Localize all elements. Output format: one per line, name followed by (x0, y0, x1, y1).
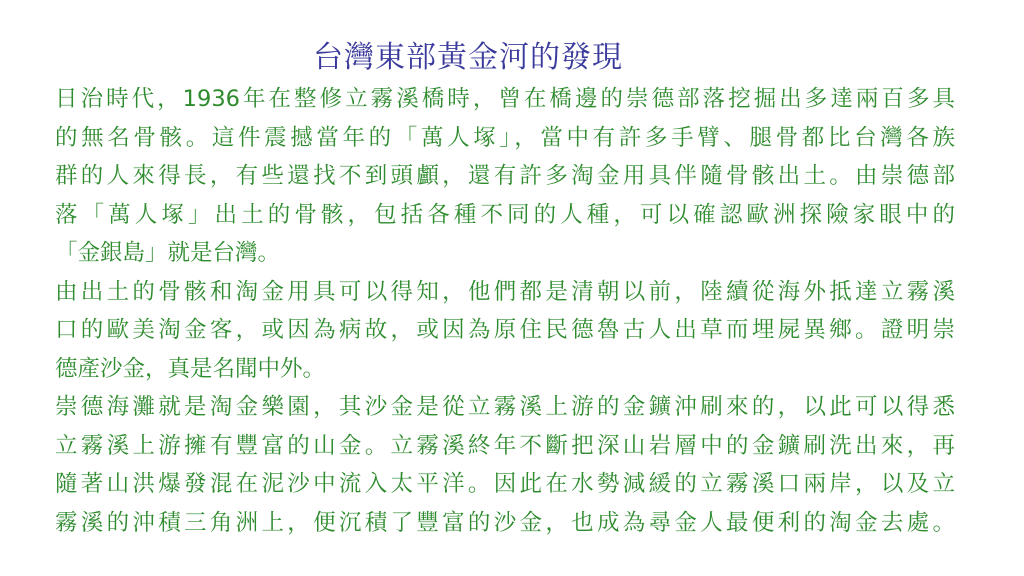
text-line: 由出土的骨骸和淘金用具可以得知，他們都是清朝以前，陸續從海外抵達立霧溪 (55, 273, 955, 312)
slide-body: 日治時代，1936年在整修立霧溪橋時，曾在橋邊的崇德部落挖掘出多達兩百多具 的無… (55, 80, 955, 542)
text-line: 立霧溪上游擁有豐富的山金。立霧溪終年不斷把深山岩層中的金鑛刷洗出來，再 (55, 427, 955, 466)
text-line: 落「萬人塚」出土的骨骸，包括各種不同的人種，可以確認歐洲探險家眼中的 (55, 196, 955, 235)
paragraph-3: 崇德海灘就是淘金樂園，其沙金是從立霧溪上游的金鑛沖刷來的，以此可以得悉 立霧溪上… (55, 388, 955, 542)
paragraph-1: 日治時代，1936年在整修立霧溪橋時，曾在橋邊的崇德部落挖掘出多達兩百多具 的無… (55, 80, 955, 273)
paragraph-2: 由出土的骨骸和淘金用具可以得知，他們都是清朝以前，陸續從海外抵達立霧溪 口的歐美… (55, 273, 955, 389)
text-line: 日治時代，1936年在整修立霧溪橋時，曾在橋邊的崇德部落挖掘出多達兩百多具 (55, 80, 955, 119)
text-line: 的無名骨骸。這件震撼當年的「萬人塚」，當中有許多手臂、腿骨都比台灣各族 (55, 119, 955, 158)
text-line: 群的人來得長，有些還找不到頭顱，還有許多淘金用具伴隨骨骸出土。由崇德部 (55, 157, 955, 196)
slide: 台灣東部黃金河的發現 日治時代，1936年在整修立霧溪橋時，曾在橋邊的崇德部落挖… (0, 0, 1024, 576)
text-line: 崇德海灘就是淘金樂園，其沙金是從立霧溪上游的金鑛沖刷來的，以此可以得悉 (55, 388, 955, 427)
text-line: 口的歐美淘金客，或因為病故，或因為原住民德魯古人出草而埋屍異鄉。證明崇 (55, 311, 955, 350)
text-line: 霧溪的沖積三角洲上，便沉積了豐富的沙金，也成為尋金人最便利的淘金去處。 (55, 504, 955, 543)
text-line: 隨著山洪爆發混在泥沙中流入太平洋。因此在水勢減緩的立霧溪口兩岸，以及立 (55, 465, 955, 504)
text-line: 「金銀島」就是台灣。 (55, 234, 955, 273)
slide-title: 台灣東部黃金河的發現 (0, 36, 936, 80)
text-line: 德產沙金，真是名聞中外。 (55, 350, 955, 389)
